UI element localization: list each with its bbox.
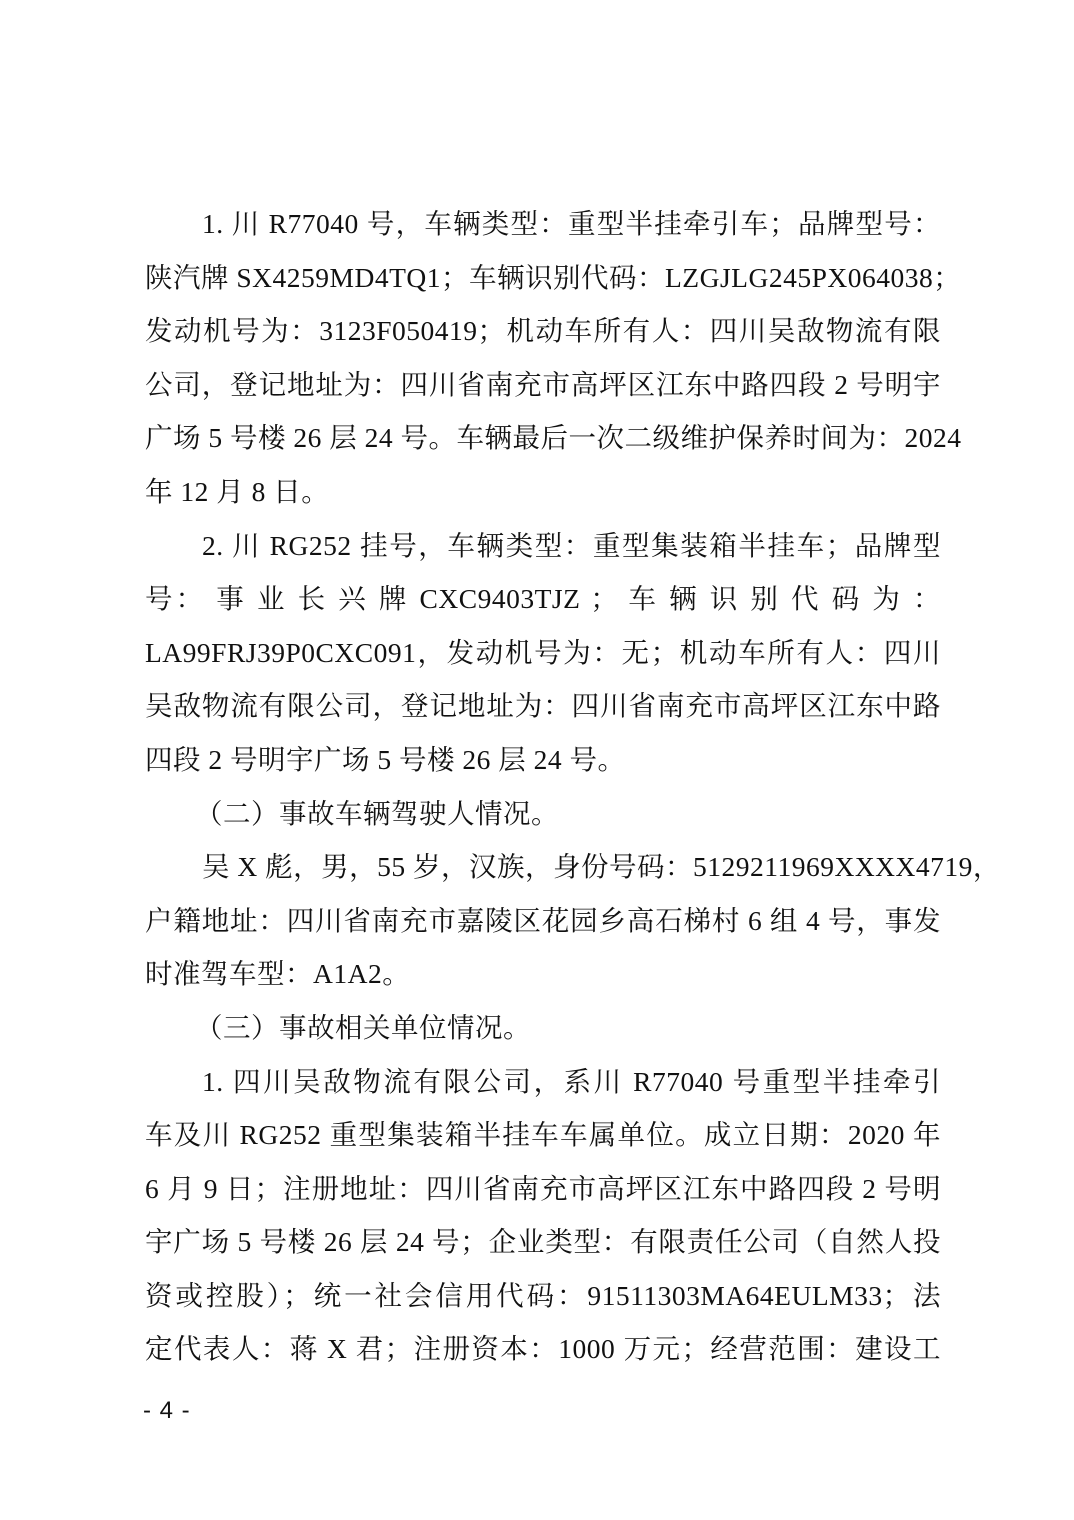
text-line: 车及川 RG252 重型集装箱半挂车车属单位。成立日期：2020 年 xyxy=(145,1113,941,1167)
page-number: - 4 - xyxy=(143,1397,191,1425)
document-page: 1. 川 R77040 号，车辆类型：重型半挂牵引车；品牌型号： 陕汽牌 SX4… xyxy=(0,0,1074,1520)
text-line: 1. 川 R77040 号，车辆类型：重型半挂牵引车；品牌型号： xyxy=(145,202,941,256)
paragraph-vehicle-1: 1. 川 R77040 号，车辆类型：重型半挂牵引车；品牌型号： 陕汽牌 SX4… xyxy=(145,202,941,524)
text-line: 定代表人：蒋 X 君；注册资本：1000 万元；经营范围：建设工 xyxy=(145,1327,941,1381)
text-line: 6 月 9 日；注册地址：四川省南充市高坪区江东中路四段 2 号明 xyxy=(145,1167,941,1221)
section-heading-driver: （二）事故车辆驾驶人情况。 xyxy=(145,792,941,846)
paragraph-vehicle-2: 2. 川 RG252 挂号，车辆类型：重型集装箱半挂车；品牌型 号： 事 业 长… xyxy=(145,524,941,792)
text-line: 年 12 月 8 日。 xyxy=(145,470,941,524)
text-line: 资或控股）；统一社会信用代码：91511303MA64EULM33；法 xyxy=(145,1274,941,1328)
text-line: LA99FRJ39P0CXC091，发动机号为：无；机动车所有人：四川 xyxy=(145,631,941,685)
text-line: 陕汽牌 SX4259MD4TQ1；车辆识别代码：LZGJLG245PX06403… xyxy=(145,256,941,310)
section-heading-units: （三）事故相关单位情况。 xyxy=(145,1006,941,1060)
text-line: 号： 事 业 长 兴 牌 CXC9403TJZ ； 车 辆 识 别 代 码 为 … xyxy=(145,577,941,631)
text-line: 吴敌物流有限公司，登记地址为：四川省南充市高坪区江东中路 xyxy=(145,684,941,738)
text-line: 发动机号为：3123F050419；机动车所有人：四川吴敌物流有限 xyxy=(145,309,941,363)
section-heading: （三）事故相关单位情况。 xyxy=(145,1006,941,1060)
text-line: 四段 2 号明宇广场 5 号楼 26 层 24 号。 xyxy=(145,738,941,792)
text-line: 公司，登记地址为：四川省南充市高坪区江东中路四段 2 号明宇 xyxy=(145,363,941,417)
paragraph-driver: 吴 X 彪，男，55 岁，汉族，身份号码：5129211969XXXX4719，… xyxy=(145,845,941,1006)
text-line: 2. 川 RG252 挂号，车辆类型：重型集装箱半挂车；品牌型 xyxy=(145,524,941,578)
text-line: 广场 5 号楼 26 层 24 号。车辆最后一次二级维护保养时间为：2024 xyxy=(145,416,941,470)
paragraph-company: 1. 四川吴敌物流有限公司，系川 R77040 号重型半挂牵引 车及川 RG25… xyxy=(145,1060,941,1382)
text-line: 1. 四川吴敌物流有限公司，系川 R77040 号重型半挂牵引 xyxy=(145,1060,941,1114)
text-line: 吴 X 彪，男，55 岁，汉族，身份号码：5129211969XXXX4719， xyxy=(145,845,941,899)
document-body: 1. 川 R77040 号，车辆类型：重型半挂牵引车；品牌型号： 陕汽牌 SX4… xyxy=(145,202,941,1381)
section-heading: （二）事故车辆驾驶人情况。 xyxy=(145,792,941,846)
text-line: 时准驾车型：A1A2。 xyxy=(145,952,941,1006)
text-line: 户籍地址：四川省南充市嘉陵区花园乡高石梯村 6 组 4 号，事发 xyxy=(145,899,941,953)
text-line: 宇广场 5 号楼 26 层 24 号；企业类型：有限责任公司（自然人投 xyxy=(145,1220,941,1274)
